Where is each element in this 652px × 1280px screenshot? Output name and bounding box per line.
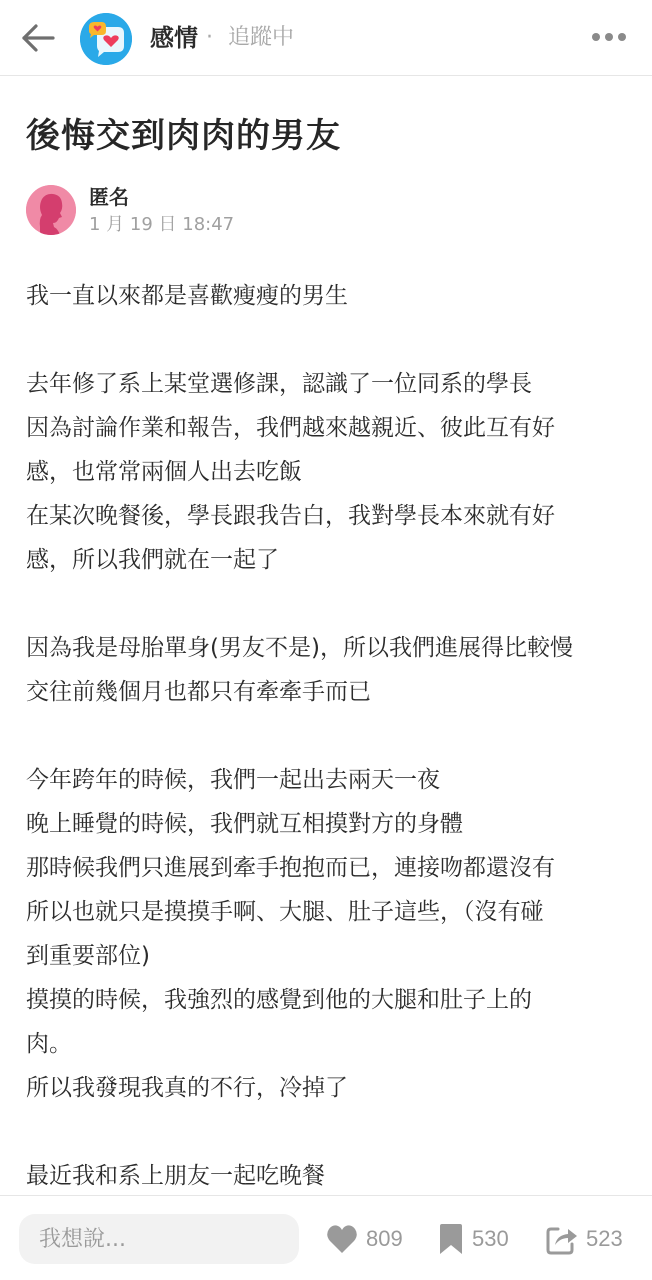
top-bar: 感情 · 追蹤中 (0, 0, 652, 76)
content-line: 我一直以來都是喜歡瘦瘦的男生 (26, 274, 626, 318)
hearts-chat-bubble-icon (80, 13, 132, 65)
comment-input[interactable] (19, 1214, 299, 1264)
like-count: 809 (366, 1226, 403, 1252)
more-horizontal-icon (592, 33, 600, 41)
female-silhouette-icon (26, 185, 76, 235)
content-line: 那時候我們只進展到牽手抱抱而已，連接吻都還沒有 (26, 846, 626, 890)
content-line: 交往前幾個月也都只有牽牽手而已 (26, 670, 626, 714)
share-count: 523 (586, 1226, 623, 1252)
content-line: 在某次晚餐後，學長跟我告白，我對學長本來就有好 (26, 494, 626, 538)
more-options-button[interactable] (592, 33, 626, 43)
content-line: 到重要部位) (26, 934, 626, 978)
share-button[interactable]: 523 (546, 1223, 623, 1255)
author-name: 匿名 (89, 183, 129, 211)
separator-dot: · (206, 22, 213, 54)
post-title: 後悔交到肉肉的男友 (26, 112, 341, 160)
like-button[interactable]: 809 (326, 1223, 403, 1255)
post-content: 我一直以來都是喜歡瘦瘦的男生 去年修了系上某堂選修課，認識了一位同系的學長 因為… (26, 274, 626, 1198)
content-line: 所以也就只是摸摸手啊、大腿、肚子這些，（沒有碰 (26, 890, 626, 934)
post-time: 1 月 19 日 18:47 (89, 212, 234, 238)
content-blank-line (26, 582, 626, 626)
content-line: 所以我發現我真的不行，冷掉了 (26, 1066, 626, 1110)
content-line: 肉。 (26, 1022, 626, 1066)
bottom-action-bar: 809 530 523 (0, 1195, 652, 1280)
arrow-left-icon (20, 22, 56, 54)
content-line: 摸摸的時候，我強烈的感覺到他的大腿和肚子上的 (26, 978, 626, 1022)
more-horizontal-icon (618, 33, 626, 41)
forum-name[interactable]: 感情 (150, 22, 198, 54)
content-blank-line (26, 714, 626, 758)
back-button[interactable] (20, 22, 56, 54)
heart-icon (326, 1224, 358, 1254)
content-line: 感，所以我們就在一起了 (26, 538, 626, 582)
bookmark-icon (438, 1223, 464, 1255)
content-blank-line (26, 1110, 626, 1154)
content-line: 因為討論作業和報告，我們越來越親近、彼此互有好 (26, 406, 626, 450)
content-line: 去年修了系上某堂選修課，認識了一位同系的學長 (26, 362, 626, 406)
more-horizontal-icon (605, 33, 613, 41)
bookmark-button[interactable]: 530 (438, 1223, 509, 1255)
content-line: 晚上睡覺的時候，我們就互相摸對方的身體 (26, 802, 626, 846)
follow-status[interactable]: 追蹤中 (228, 22, 294, 54)
content-line: 感，也常常兩個人出去吃飯 (26, 450, 626, 494)
share-icon (546, 1223, 578, 1255)
author-avatar[interactable] (26, 185, 76, 235)
content-blank-line (26, 318, 626, 362)
forum-icon[interactable] (80, 13, 132, 65)
content-line: 因為我是母胎單身(男友不是)，所以我們進展得比較慢 (26, 626, 626, 670)
bookmark-count: 530 (472, 1226, 509, 1252)
content-line: 最近我和系上朋友一起吃晚餐 (26, 1154, 626, 1198)
content-line: 今年跨年的時候，我們一起出去兩天一夜 (26, 758, 626, 802)
